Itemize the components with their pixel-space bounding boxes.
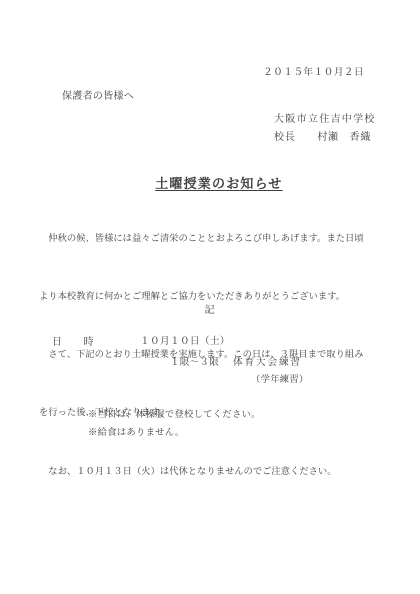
addressee-line: 保護者の皆様へ: [62, 87, 134, 102]
body-line: なお、１０月１３日（火）は代休となりませんのでご注意ください。: [39, 463, 373, 482]
notice-document-page: ２０１５年１０月２日 保護者の皆様へ 大阪市立住吉中学校 校長 村瀬 香織 土曜…: [0, 0, 420, 594]
schedule-periods: １限～３限: [170, 354, 219, 368]
schedule-date-value: １０月１０日（土）: [140, 333, 230, 347]
sender-school-name: 大阪市立住吉中学校: [274, 110, 376, 125]
record-section-mark: 記: [0, 301, 420, 316]
footnote-no-lunch: ※給食はありません。: [88, 424, 185, 438]
schedule-activity: 体育大会練習: [233, 354, 302, 368]
footnote-uniform: ※当日は、体操服で登校してください。: [88, 406, 261, 420]
schedule-activity-note: （学年練習）: [251, 371, 309, 385]
schedule-date-label: 日 時: [52, 333, 94, 348]
issue-date: ２０１５年１０月２日: [263, 64, 364, 78]
sender-principal-name: 校長 村瀬 香織: [274, 128, 371, 143]
document-title-text: 土曜授業のお知らせ: [155, 176, 282, 191]
body-line: 仲秋の候、皆様には益々ご清栄のこととおよろこび申しあげます。また日頃: [39, 230, 373, 249]
